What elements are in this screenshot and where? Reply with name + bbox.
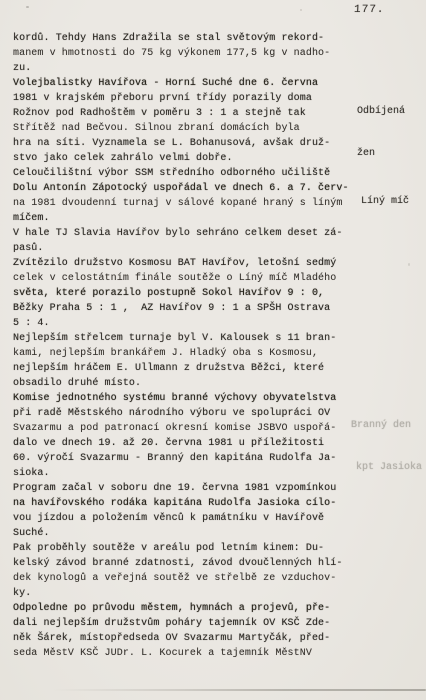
- text-line: Odpoledne po průvodu městem, hymnách a p…: [13, 601, 359, 616]
- margin-note-line: žen: [357, 147, 405, 161]
- text-line: Nejlepším střelcem turnaje byl V. Kalous…: [13, 331, 359, 346]
- margin-note-liny-mic: Líný míč: [361, 167, 409, 237]
- text-line: Běžky Praha 5 : 1 , AZ Havířov 9 : 1 a S…: [13, 301, 359, 316]
- text-line: pasů.: [13, 241, 359, 256]
- text-line: při radě Městského národního výboru ve s…: [13, 406, 359, 421]
- text-line: Komise jednotného systému branné výchovy…: [13, 391, 359, 406]
- text-line: stvo jako celek zahrálo velmi dobře.: [13, 151, 359, 166]
- text-line: celek v celostátním finále soutěže o Lín…: [13, 271, 359, 286]
- margin-note-line: Odbíjená: [357, 105, 405, 119]
- text-line: světa, které porazilo postupně Sokol Hav…: [13, 286, 359, 301]
- typewritten-body-text: kordů. Tehdy Hans Zdražila se stal světo…: [13, 31, 359, 661]
- text-line: na havířovského rodáka kapitána Rudolfa …: [13, 496, 359, 511]
- text-line: V hale TJ Slavia Havířov bylo sehráno ce…: [13, 226, 359, 241]
- text-line: Dolu Antonín Zápotocký uspořádal ve dnec…: [13, 181, 359, 196]
- margin-note-line: Branný den: [351, 419, 422, 433]
- text-line: na 1981 dvoudenní turnaj v sálové kopané…: [13, 196, 359, 211]
- text-line: 60. výročí Svazarmu - Branný den kapitán…: [13, 451, 359, 466]
- margin-note-branny-den: Branný den kpt Jasioka: [351, 391, 422, 503]
- text-line: hra na síti. Vyznamela se L. Bohanusová,…: [13, 136, 359, 151]
- text-line: 5 : 4.: [13, 316, 359, 331]
- scan-speck: [300, 9, 302, 11]
- text-line: Svazarmu a pod patronací okresní komise …: [13, 421, 359, 436]
- text-line: dek kynologů a veřejná soutěž ve střelbě…: [13, 571, 359, 586]
- text-line: ky.: [13, 586, 359, 601]
- text-line: Volejbalistky Havířova - Horní Suché dne…: [13, 76, 359, 91]
- text-line: Rožnov pod Radhoštěm v poměru 3 : 1 a st…: [13, 106, 359, 121]
- margin-note-line: Líný míč: [361, 195, 409, 209]
- page-number: 177.: [354, 4, 385, 16]
- scan-speck: [26, 6, 29, 8]
- text-line: nejlepším hráčem E. Ullmann z družstva B…: [13, 361, 359, 376]
- text-line: manem v hmotnosti do 75 kg výkonem 177,5…: [13, 46, 359, 61]
- text-line: kordů. Tehdy Hans Zdražila se stal světo…: [13, 31, 359, 46]
- text-line: obsadilo druhé místo.: [13, 376, 359, 391]
- text-line: Celoučilištní výbor SSM středního odborn…: [13, 166, 359, 181]
- text-line: kelský závod branné zdatnosti, závod dvo…: [13, 556, 359, 571]
- text-line: něk Šárek, místopředseda OV Svazarmu Mar…: [13, 631, 359, 646]
- text-line: dali nejlepším družstvům poháry tajemník…: [13, 616, 359, 631]
- margin-note-line: kpt Jasioka: [356, 461, 422, 475]
- scan-speck: [408, 263, 410, 266]
- text-line: dalo ve dnech 19. až 20. června 1981 u p…: [13, 436, 359, 451]
- text-line: kami, nejlepším brankářem J. Hladký oba …: [13, 346, 359, 361]
- text-line: 1981 v krajském přeboru první třídy pora…: [13, 91, 359, 106]
- text-line: Program začal v soboru dne 19. června 19…: [13, 481, 359, 496]
- text-line: míčem.: [13, 211, 359, 226]
- text-line: Zvítězilo družstvo Kosmosu BAT Havířov, …: [13, 256, 359, 271]
- text-line: sioka.: [13, 466, 359, 481]
- text-line: zu.: [13, 61, 359, 76]
- text-line: Suché.: [13, 526, 359, 541]
- scan-artifact-line: [52, 689, 426, 691]
- scanned-document-page: 177. kordů. Tehdy Hans Zdražila se stal …: [0, 0, 426, 700]
- text-line: seda MěstV KSČ JUDr. L. Kocurek a tajemn…: [13, 646, 359, 661]
- text-line: Střítěž nad Bečvou. Silnou zbraní domácí…: [13, 121, 359, 136]
- text-line: vou jízdou a položením věnců k památníku…: [13, 511, 359, 526]
- text-line: Pak proběhly soutěže v areálu pod letním…: [13, 541, 359, 556]
